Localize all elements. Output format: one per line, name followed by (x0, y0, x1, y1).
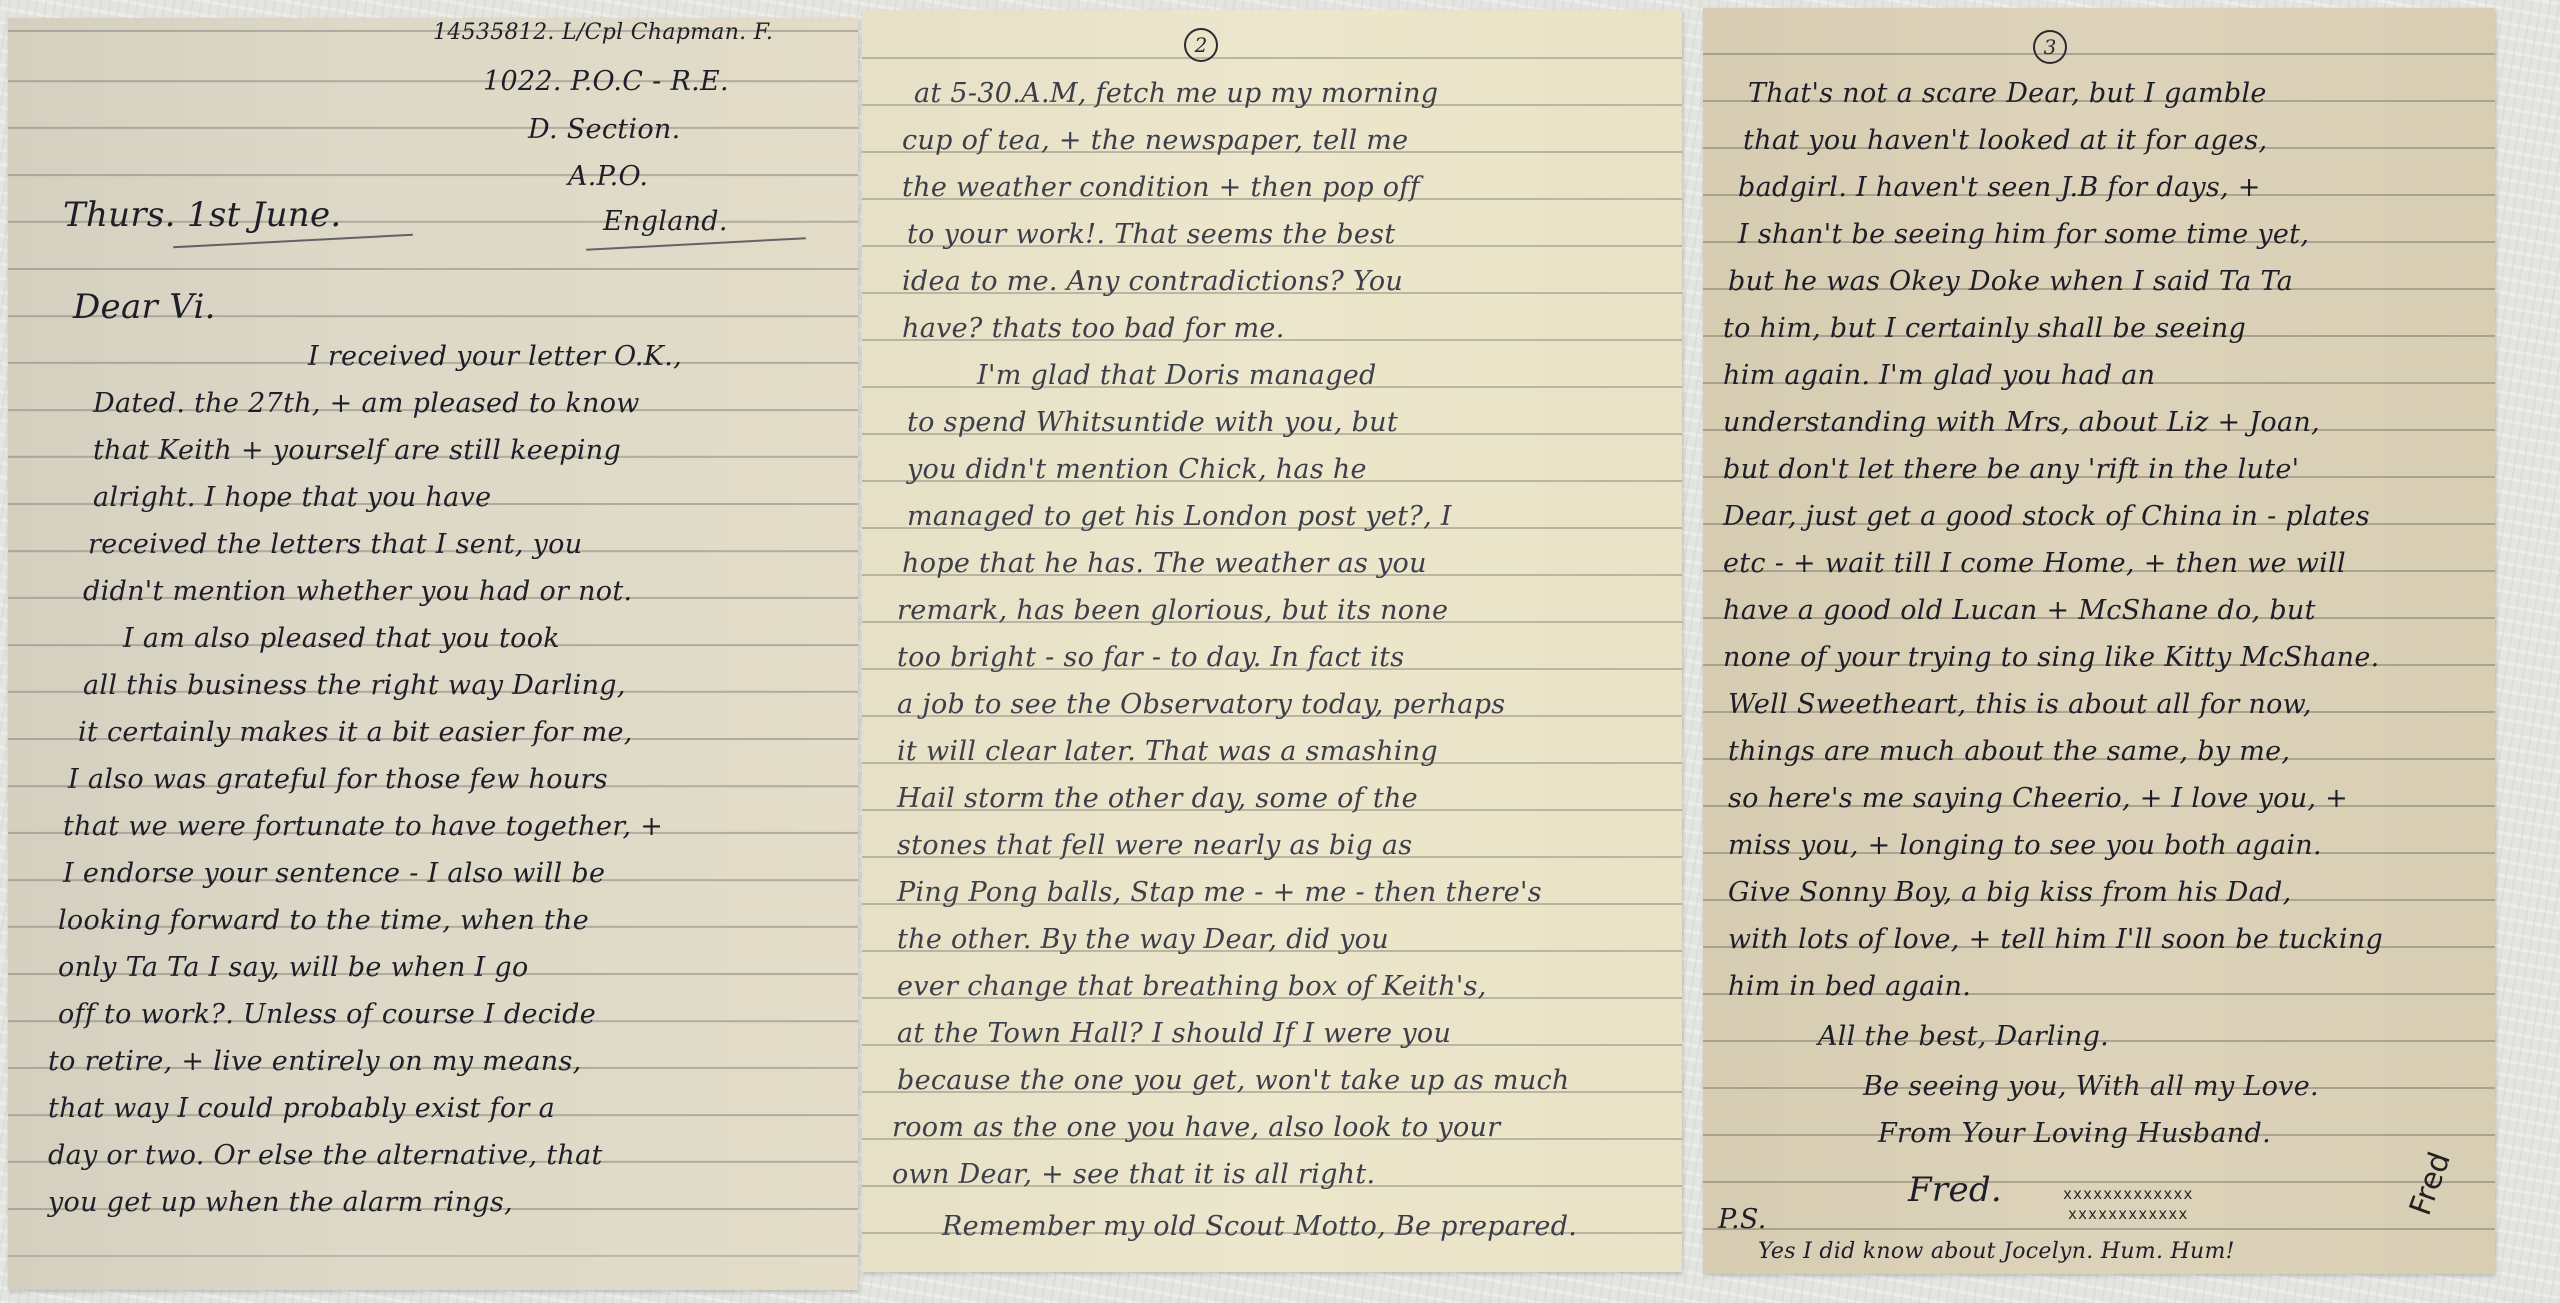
body-line: you get up when the alarm rings, (48, 1189, 513, 1216)
letter-page-1: 14535812. L/Cpl Chapman. F. 1022. P.O.C … (8, 18, 858, 1290)
header-unit: 1022. P.O.C - R.E. (483, 68, 729, 95)
letter-page-3: 3 That's not a scare Dear, but I gamble … (1703, 8, 2495, 1274)
body-line: day or two. Or else the alternative, tha… (48, 1142, 603, 1169)
body-line: idea to me. Any contradictions? You (902, 268, 1403, 295)
body-line: ever change that breathing box of Keith'… (897, 973, 1487, 1000)
body-line: only Ta Ta I say, will be when I go (58, 954, 529, 981)
body-line: too bright - so far - to day. In fact it… (897, 644, 1404, 671)
body-line: to him, but I certainly shall be seeing (1723, 315, 2246, 342)
body-line: none of your trying to sing like Kitty M… (1723, 644, 2379, 671)
date-underline (173, 234, 413, 249)
body-line: I also was grateful for those few hours (68, 766, 608, 793)
body-line: looking forward to the time, when the (58, 907, 589, 934)
body-line: to spend Whitsuntide with you, but (907, 409, 1398, 436)
margin-initials-scribble: Fred (2403, 1148, 2458, 1220)
body-line: I received your letter O.K., (308, 343, 682, 370)
page-number: 3 (2044, 35, 2057, 59)
body-line: I endorse your sentence - I also will be (63, 860, 605, 887)
body-line: Give Sonny Boy, a big kiss from his Dad, (1728, 879, 2291, 906)
body-line: because the one you get, won't take up a… (897, 1067, 1570, 1094)
header-section: D. Section. (528, 116, 680, 143)
body-line: it certainly makes it a bit easier for m… (78, 719, 633, 746)
header-apo: A.P.O. (568, 163, 648, 190)
body-line: but he was Okey Doke when I said Ta Ta (1728, 268, 2293, 295)
body-line: Dated. the 27th, + am pleased to know (93, 390, 640, 417)
letter-page-2: 2 at 5-30.A.M, fetch me up my morning cu… (862, 10, 1682, 1272)
page-number: 2 (1195, 33, 1208, 57)
body-line: etc - + wait till I come Home, + then we… (1723, 550, 2346, 577)
body-line: him in bed again. (1728, 973, 1971, 1000)
body-line: own Dear, + see that it is all right. (892, 1161, 1375, 1188)
postscript-text: Yes I did know about Jocelyn. Hum. Hum! (1758, 1241, 2235, 1263)
header-underline (586, 237, 806, 251)
body-line: Remember my old Scout Motto, Be prepared… (942, 1213, 1577, 1240)
body-line: but don't let there be any 'rift in the … (1723, 456, 2299, 483)
body-line: I'm glad that Doris managed (977, 362, 1377, 389)
body-line: room as the one you have, also look to y… (892, 1114, 1500, 1141)
body-line: at the Town Hall? I should If I were you (897, 1020, 1451, 1047)
body-line: hope that he has. The weather as you (902, 550, 1427, 577)
body-line: have? thats too bad for me. (902, 315, 1285, 342)
postscript-label: P.S. (1718, 1206, 1767, 1233)
body-line: with lots of love, + tell him I'll soon … (1728, 926, 2383, 953)
body-line: the other. By the way Dear, did you (897, 926, 1389, 953)
closing-line-2: Be seeing you, With all my Love. (1863, 1073, 2319, 1100)
body-line: to your work!. That seems the best (907, 221, 1395, 248)
salutation: Dear Vi. (73, 290, 216, 324)
body-line: that Keith + yourself are still keeping (93, 437, 621, 464)
body-line: to retire, + live entirely on my means, (48, 1048, 581, 1075)
body-line: things are much about the same, by me, (1728, 738, 2290, 765)
body-line: stones that fell were nearly as big as (897, 832, 1412, 859)
body-line: so here's me saying Cheerio, + I love yo… (1728, 785, 2348, 812)
closing-line-1: All the best, Darling. (1818, 1023, 2109, 1050)
body-line: at 5-30.A.M, fetch me up my morning (914, 80, 1438, 107)
body-line: that you haven't looked at it for ages, (1743, 127, 2267, 154)
body-line: Hail storm the other day, some of the (897, 785, 1418, 812)
body-line: that way I could probably exist for a (48, 1095, 555, 1122)
body-line: cup of tea, + the newspaper, tell me (902, 127, 1408, 154)
body-line: badgirl. I haven't seen J.B for days, + (1738, 174, 2261, 201)
body-line: Ping Pong balls, Stap me - + me - then t… (897, 879, 1542, 906)
closing-line-3: From Your Loving Husband. (1878, 1120, 2271, 1147)
body-line: it will clear later. That was a smashing (897, 738, 1438, 765)
body-line: received the letters that I sent, you (88, 531, 582, 558)
letter-date: Thurs. 1st June. (63, 198, 342, 232)
body-line: a job to see the Observatory today, perh… (897, 691, 1505, 718)
body-line: That's not a scare Dear, but I gamble (1748, 80, 2267, 107)
body-line: the weather condition + then pop off (902, 174, 1420, 201)
body-line: understanding with Mrs, about Liz + Joan… (1723, 409, 2320, 436)
body-line: alright. I hope that you have (93, 484, 491, 511)
body-line: that we were fortunate to have together,… (63, 813, 663, 840)
kisses-row-1: xxxxxxxxxxxxx (2063, 1186, 2193, 1203)
kisses-row-2: xxxxxxxxxxxx (2068, 1206, 2188, 1223)
header-service-number-name: 14535812. L/Cpl Chapman. F. (433, 22, 773, 44)
signature: Fred. (1908, 1173, 2002, 1207)
page-number-circle: 3 (2033, 30, 2067, 64)
body-line: Well Sweetheart, this is about all for n… (1728, 691, 2312, 718)
body-line: have a good old Lucan + McShane do, but (1723, 597, 2316, 624)
body-line: you didn't mention Chick, has he (907, 456, 1367, 483)
body-line: miss you, + longing to see you both agai… (1728, 832, 2322, 859)
header-country: England. (603, 208, 728, 235)
page-number-circle: 2 (1184, 28, 1218, 62)
body-line: him again. I'm glad you had an (1723, 362, 2155, 389)
body-line: all this business the right way Darling, (83, 672, 626, 699)
body-line: remark, has been glorious, but its none (897, 597, 1448, 624)
body-line: off to work?. Unless of course I decide (58, 1001, 596, 1028)
body-line: Dear, just get a good stock of China in … (1723, 503, 2370, 530)
body-line: managed to get his London post yet?, I (907, 503, 1452, 530)
body-line: didn't mention whether you had or not. (83, 578, 632, 605)
body-line: I shan't be seeing him for some time yet… (1738, 221, 2309, 248)
body-line: I am also pleased that you took (123, 625, 560, 652)
